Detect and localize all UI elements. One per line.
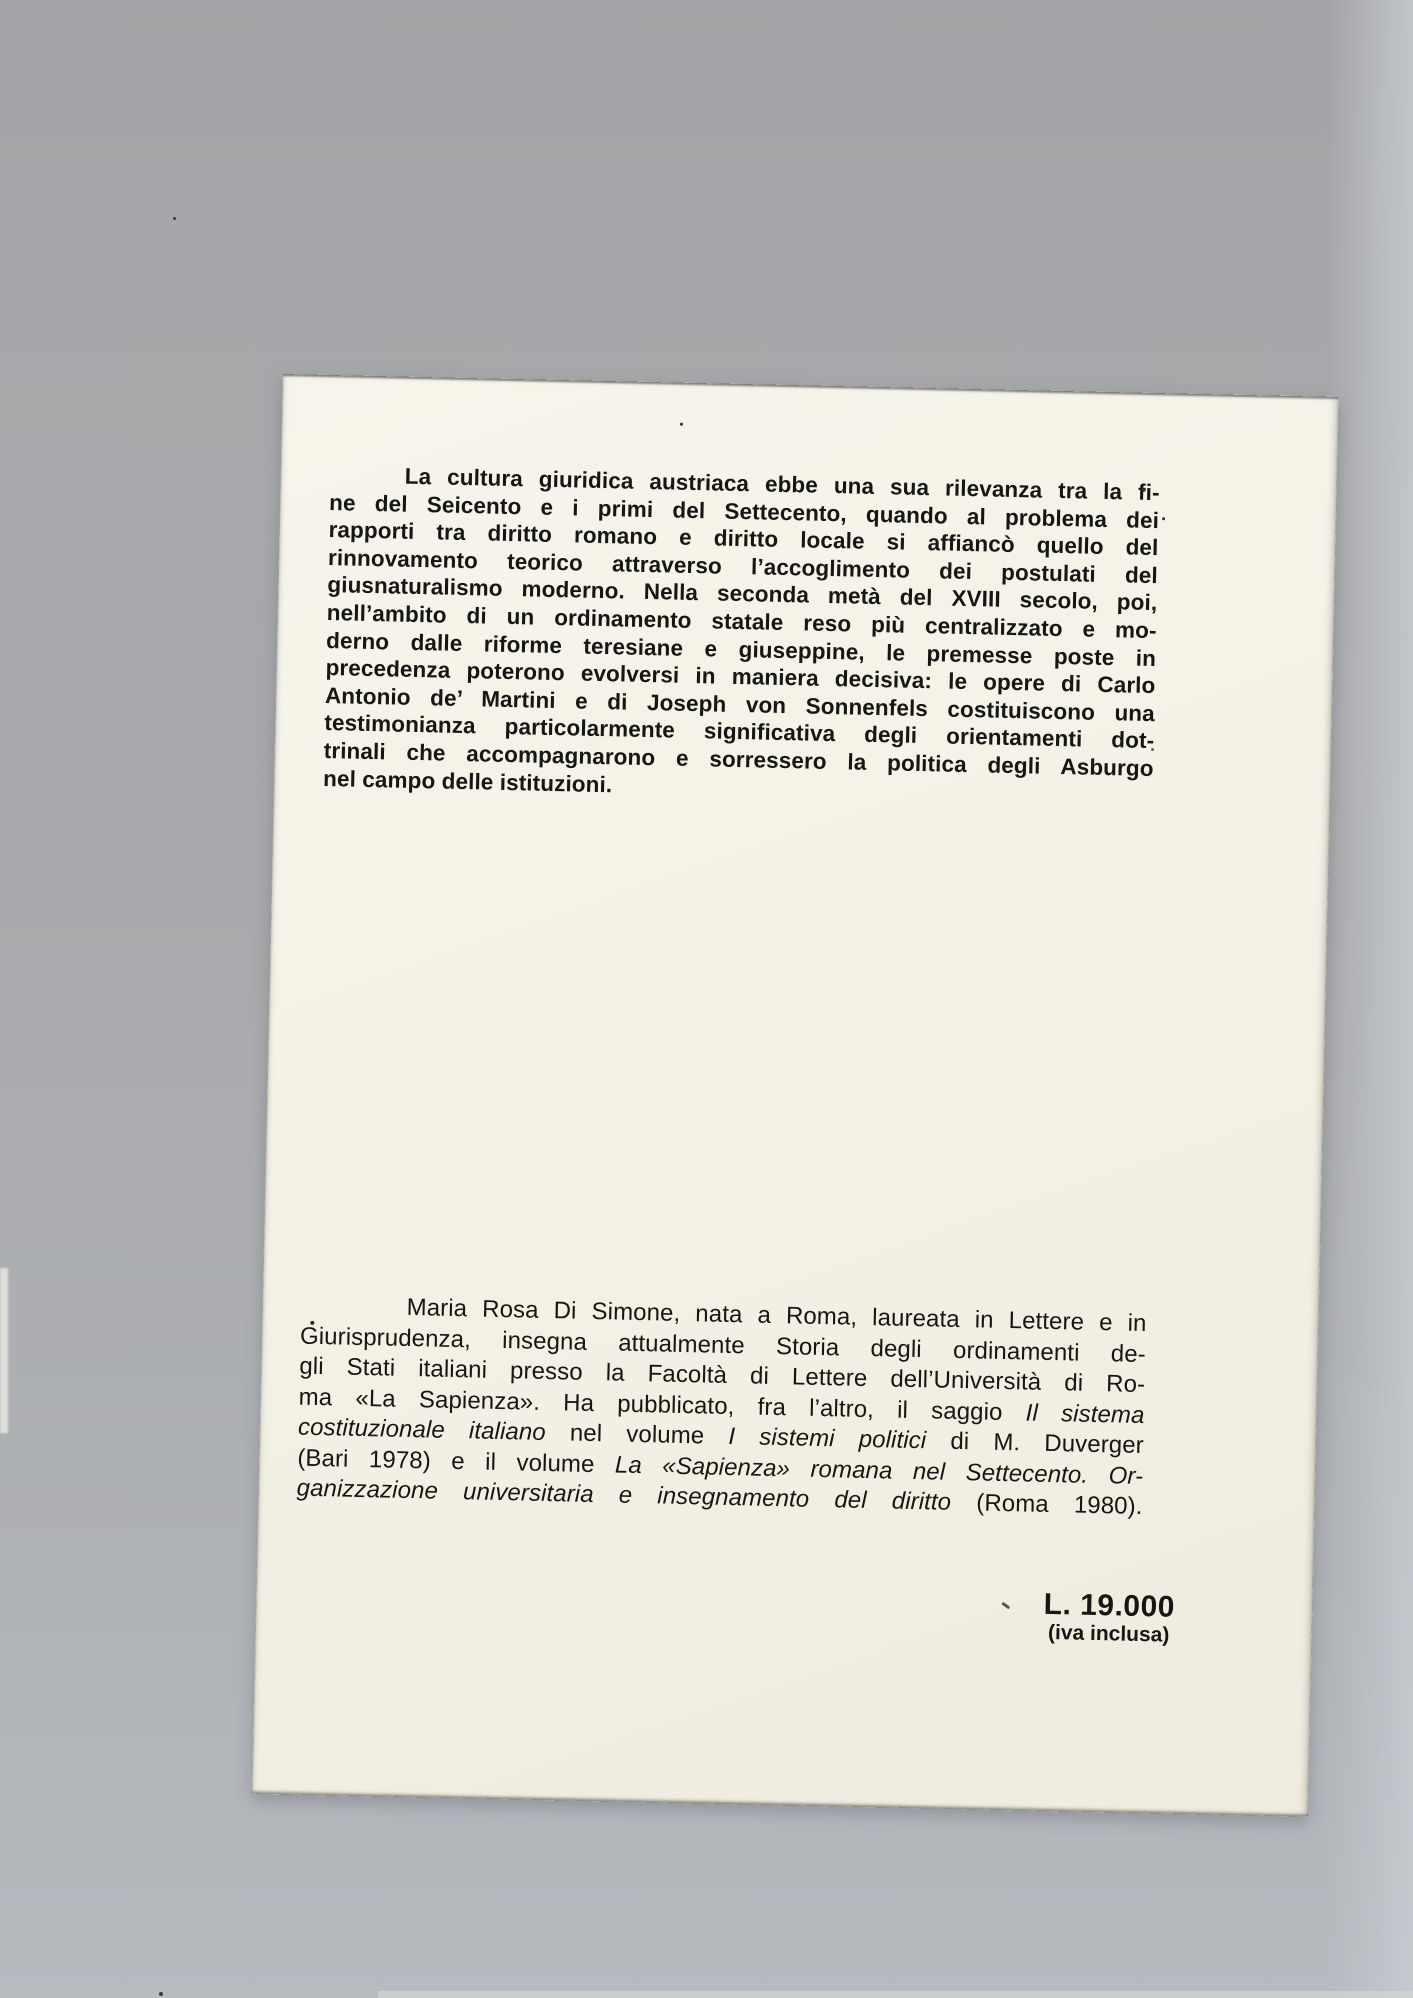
price-amount: L. 19.000 xyxy=(1004,1588,1215,1625)
dust-speck xyxy=(1151,748,1154,751)
price-block: L. 19.000 (iva inclusa) xyxy=(1003,1588,1214,1649)
dust-speck xyxy=(159,1992,163,1996)
scan-bottom-edge-artifact xyxy=(378,1991,1413,1998)
dust-speck xyxy=(173,217,176,220)
book-back-cover: La cultura giuridica austriaca ebbe una … xyxy=(252,374,1339,1817)
scanned-photo-background: { "colors": { "background_gray_top": "#a… xyxy=(0,0,1413,1998)
blurb-paragraph: La cultura giuridica austriaca ebbe una … xyxy=(323,461,1160,810)
scan-edge-artifact xyxy=(0,1268,8,1433)
scanner-bed-light-band xyxy=(1327,0,1413,1998)
author-bio-paragraph: Maria Rosa Di Simone, nata a Roma, laure… xyxy=(296,1291,1146,1523)
dust-speck xyxy=(1162,517,1165,520)
dust-speck xyxy=(1142,488,1146,492)
price-vat-note: (iva inclusa) xyxy=(1003,1620,1213,1649)
dust-speck xyxy=(310,1321,314,1325)
dust-speck xyxy=(680,423,683,426)
